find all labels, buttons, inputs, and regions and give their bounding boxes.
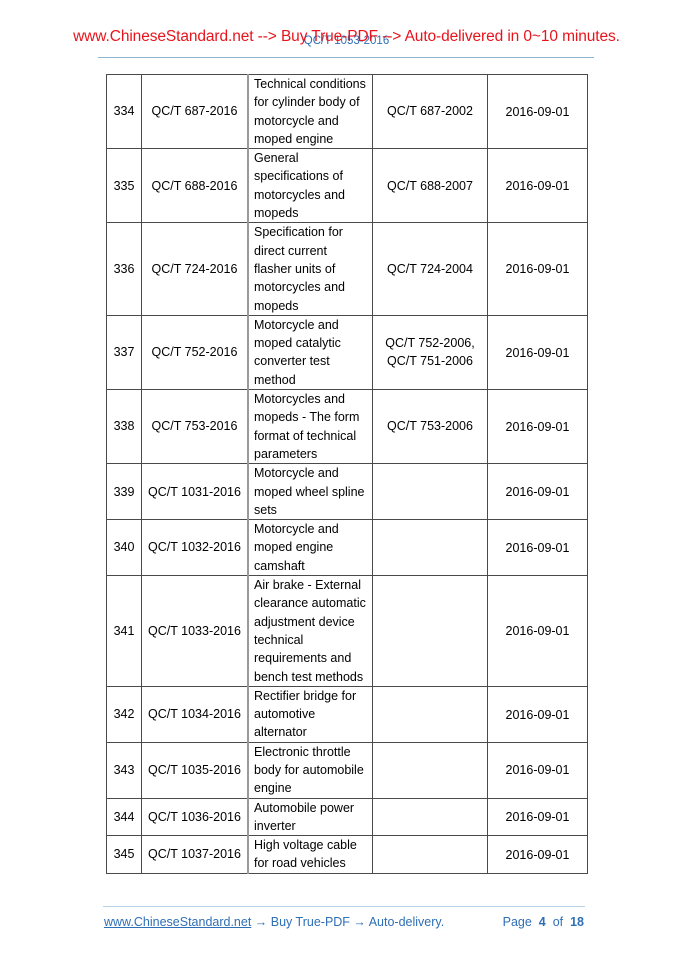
footer-site-link[interactable]: www.ChineseStandard.net [104,915,251,929]
standard-title: Generalspecifications ofmotorcycles andm… [248,149,373,223]
standard-code: QC/T 753-2016 [142,390,249,464]
promo-banner[interactable]: www.ChineseStandard.net --> Buy True-PDF… [0,28,693,46]
row-number: 343 [107,742,142,798]
implementation-date: 2016-09-01 [488,686,588,742]
standard-title: Motorcycle andmoped catalyticconverter t… [248,315,373,389]
footer-divider [103,906,585,907]
standard-code: QC/T 1032-2016 [142,520,249,576]
standard-title: Air brake - Externalclearance automatica… [248,576,373,687]
standard-code: QC/T 1035-2016 [142,742,249,798]
standard-title: Automobile powerinverter [248,798,373,836]
standard-title: Motorcycle andmoped enginecamshaft [248,520,373,576]
implementation-date: 2016-09-01 [488,742,588,798]
implementation-date: 2016-09-01 [488,576,588,687]
implementation-date: 2016-09-01 [488,390,588,464]
replaced-standard [373,742,488,798]
table-row: 342QC/T 1034-2016Rectifier bridge foraut… [107,686,588,742]
row-number: 342 [107,686,142,742]
standard-title: High voltage cablefor road vehicles [248,836,373,874]
table-row: 336QC/T 724-2016Specification fordirect … [107,223,588,315]
implementation-date: 2016-09-01 [488,520,588,576]
replaced-standard [373,520,488,576]
row-number: 344 [107,798,142,836]
standard-title: Motorcycles andmopeds - The formformat o… [248,390,373,464]
implementation-date: 2016-09-01 [488,223,588,315]
standard-code: QC/T 688-2016 [142,149,249,223]
table-row: 337QC/T 752-2016Motorcycle andmoped cata… [107,315,588,389]
row-number: 345 [107,836,142,874]
table-row: 339QC/T 1031-2016Motorcycle andmoped whe… [107,464,588,520]
header-divider [98,57,594,58]
table-row: 334QC/T 687-2016Technical conditionsfor … [107,75,588,149]
page-indicator: Page 4 of 18 [503,915,584,929]
implementation-date: 2016-09-01 [488,836,588,874]
replaced-standard [373,686,488,742]
replaced-standard: QC/T 753-2006 [373,390,488,464]
page-current: 4 [539,915,546,929]
row-number: 341 [107,576,142,687]
standard-title: Electronic throttlebody for automobileen… [248,742,373,798]
replaced-standard [373,798,488,836]
row-number: 340 [107,520,142,576]
implementation-date: 2016-09-01 [488,149,588,223]
page-total: 18 [570,915,584,929]
implementation-date: 2016-09-01 [488,315,588,389]
standard-code: QC/T 687-2016 [142,75,249,149]
table-row: 345QC/T 1037-2016High voltage cablefor r… [107,836,588,874]
standard-code: QC/T 1034-2016 [142,686,249,742]
standard-title: Technical conditionsfor cylinder body of… [248,75,373,149]
implementation-date: 2016-09-01 [488,464,588,520]
replaced-standard [373,836,488,874]
replaced-standard [373,464,488,520]
replaced-standard: QC/T 687-2002 [373,75,488,149]
replaced-standard: QC/T 752-2006,QC/T 751-2006 [373,315,488,389]
row-number: 336 [107,223,142,315]
standard-title: Specification fordirect currentflasher u… [248,223,373,315]
table-row: 340QC/T 1032-2016Motorcycle andmoped eng… [107,520,588,576]
standard-code: QC/T 1033-2016 [142,576,249,687]
row-number: 335 [107,149,142,223]
table-row: 343QC/T 1035-2016Electronic throttlebody… [107,742,588,798]
standard-code: QC/T 724-2016 [142,223,249,315]
replaced-standard [373,576,488,687]
standard-title: Motorcycle andmoped wheel splinesets [248,464,373,520]
table-row: 338QC/T 753-2016Motorcycles andmopeds - … [107,390,588,464]
implementation-date: 2016-09-01 [488,75,588,149]
table-row: 335QC/T 688-2016Generalspecifications of… [107,149,588,223]
footer-tagline: → Buy True-PDF → Auto-delivery. [251,915,444,929]
page-footer: www.ChineseStandard.net → Buy True-PDF →… [104,915,584,929]
standard-code: QC/T 1036-2016 [142,798,249,836]
standard-code: QC/T 752-2016 [142,315,249,389]
row-number: 337 [107,315,142,389]
standards-table: 334QC/T 687-2016Technical conditionsfor … [106,74,588,874]
row-number: 339 [107,464,142,520]
standard-code: QC/T 1037-2016 [142,836,249,874]
replaced-standard: QC/T 724-2004 [373,223,488,315]
standard-code: QC/T 1031-2016 [142,464,249,520]
implementation-date: 2016-09-01 [488,798,588,836]
table-row: 344QC/T 1036-2016Automobile powerinverte… [107,798,588,836]
row-number: 334 [107,75,142,149]
replaced-standard: QC/T 688-2007 [373,149,488,223]
table-row: 341QC/T 1033-2016Air brake - Externalcle… [107,576,588,687]
standard-title: Rectifier bridge forautomotivealternator [248,686,373,742]
row-number: 338 [107,390,142,464]
page-label: Page [503,915,532,929]
page-of: of [553,915,563,929]
